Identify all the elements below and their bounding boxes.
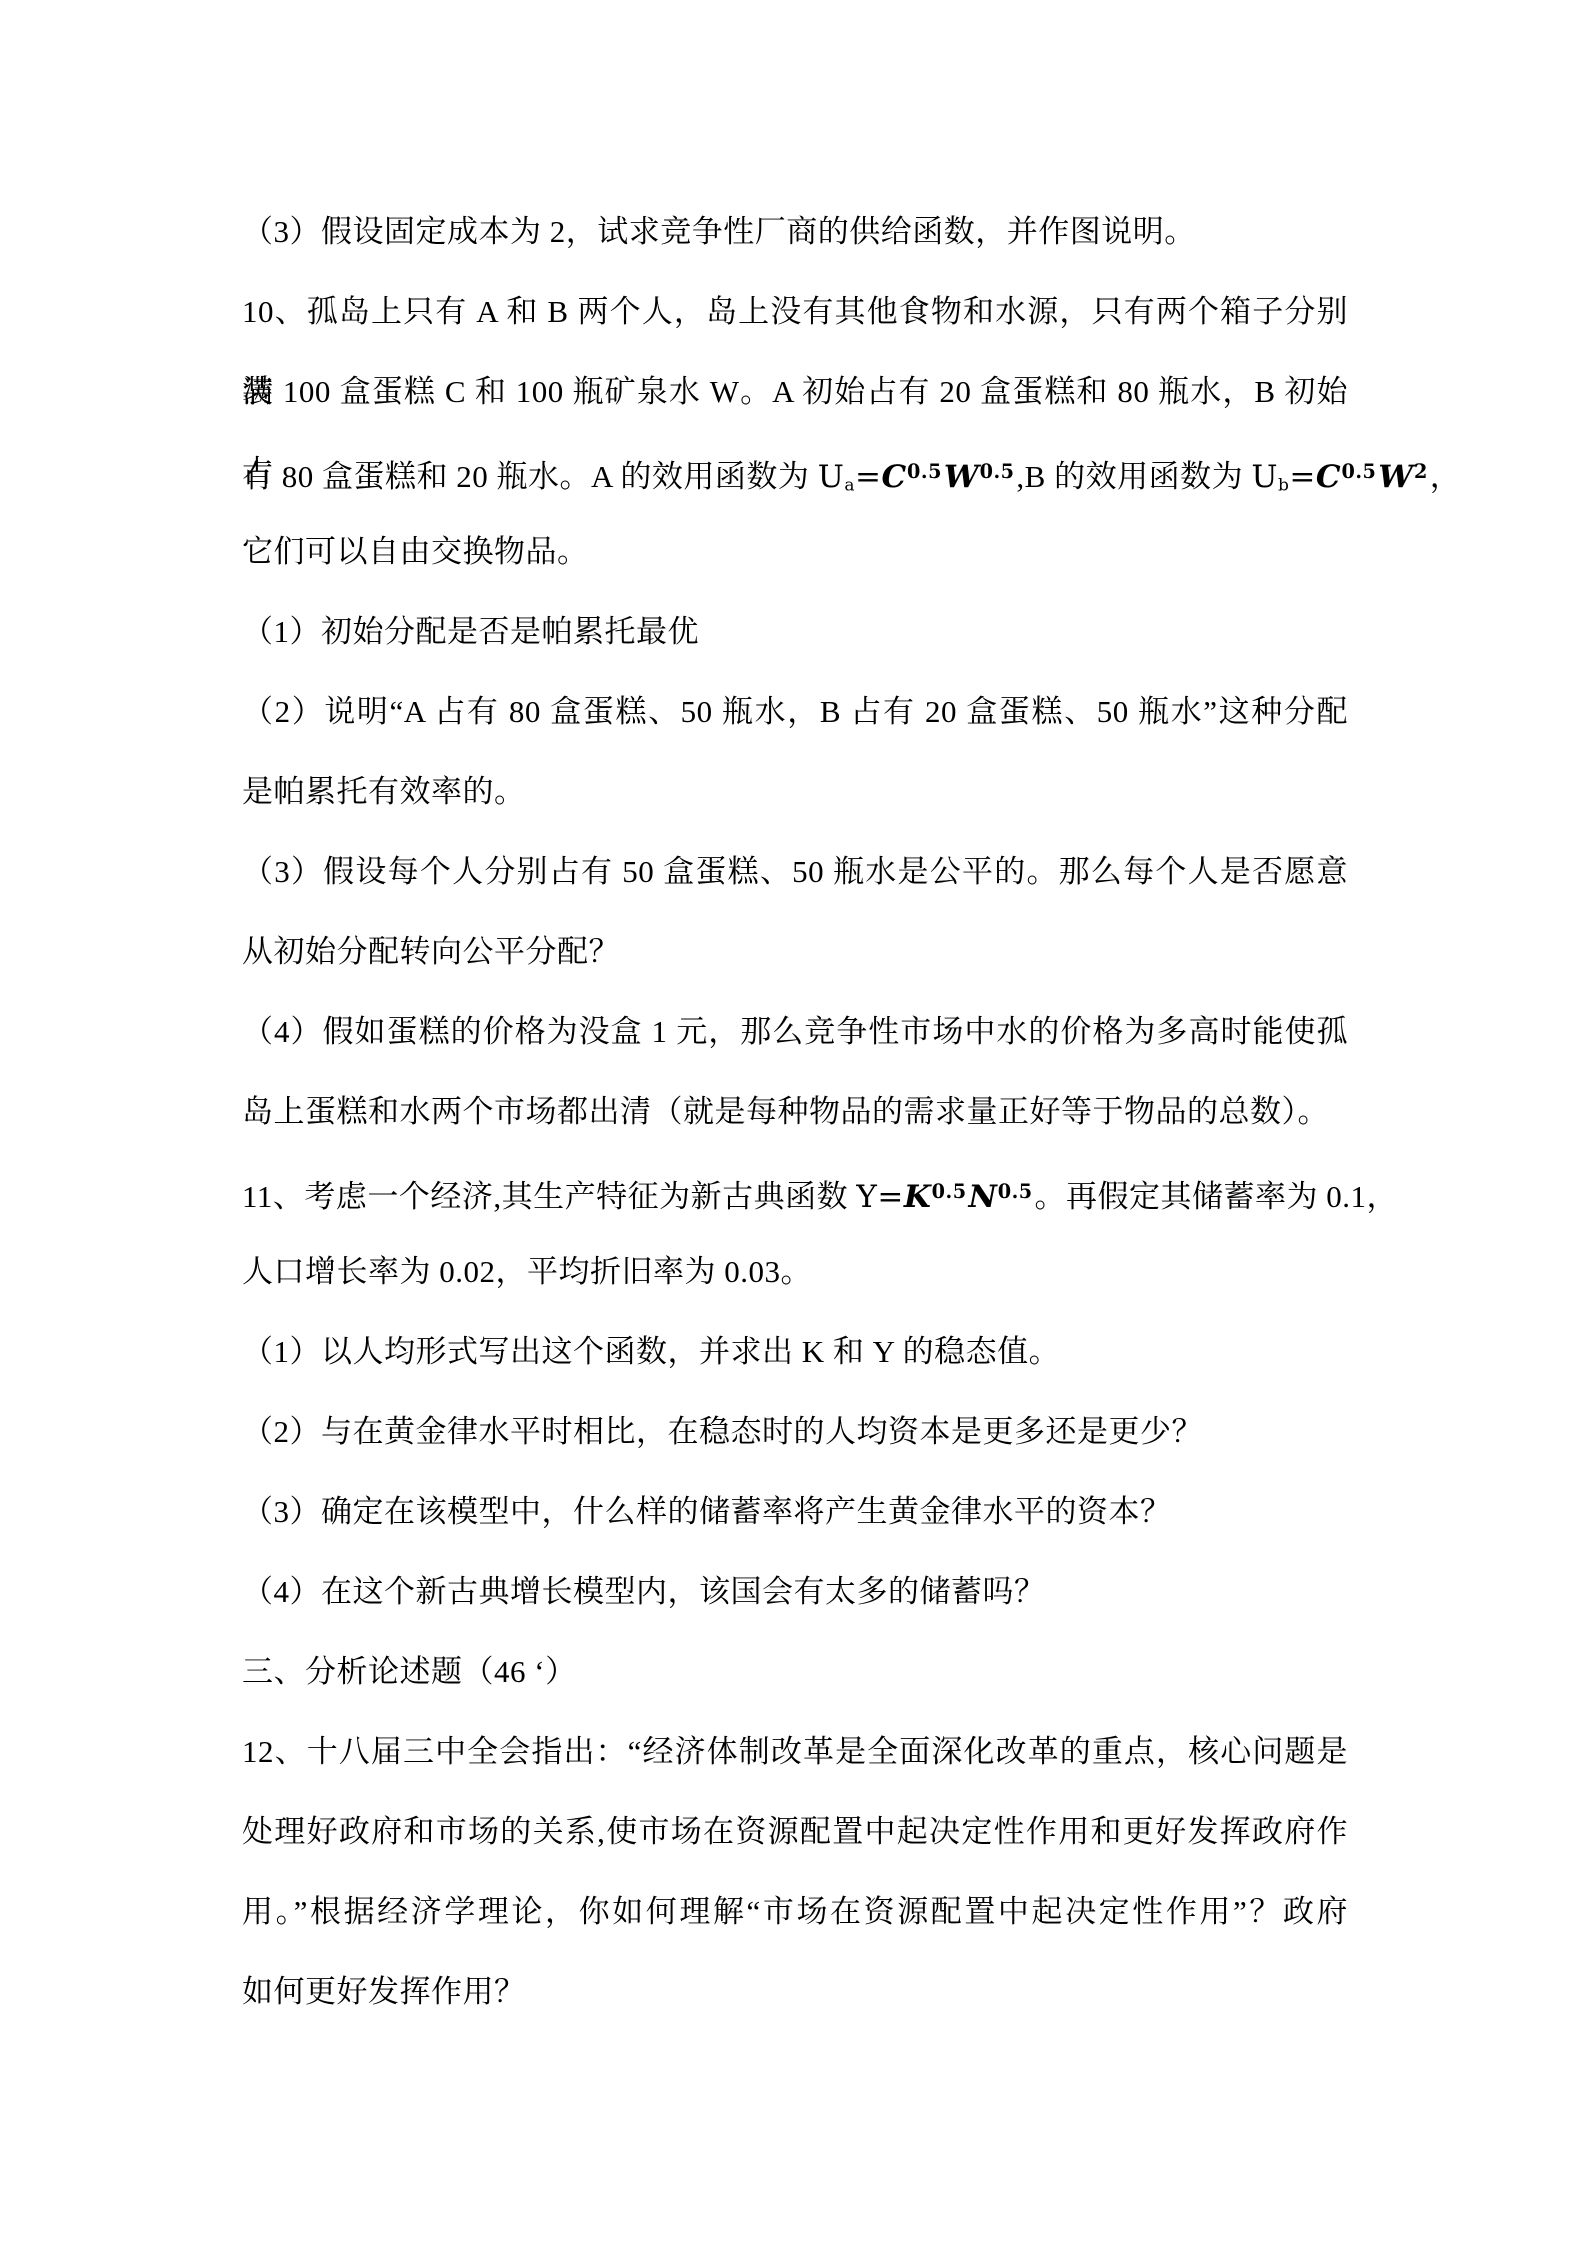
text-run: 用。”根据经济学理论，你如何理解“市场在资源配置中起决定性作用”？政府 [242, 1894, 1348, 1929]
q10-stem-line-3: 有 80 盒蛋糕和 20 瓶水。A 的效用函数为 Ua=C0.5W0.5,B 的… [242, 432, 1348, 512]
math-subscript: b [1278, 475, 1289, 495]
q10-sub4-line-2: 岛上蛋糕和水两个市场都出清（就是每种物品的需求量正好等于物品的总数）。 [242, 1072, 1348, 1152]
text-run: ,B 的效用函数为 [1016, 459, 1251, 494]
math-symbol: U [818, 459, 845, 495]
q11-stem-line-1: 11、考虑一个经济,其生产特征为新古典函数 Y=K0.5N0.5。再假定其储蓄率… [242, 1152, 1348, 1232]
q10-stem-line-2: 满 100 盒蛋糕 C 和 100 瓶矿泉水 W。A 初始占有 20 盒蛋糕和 … [242, 352, 1348, 432]
q11-sub1-line-1: （1）以人均形式写出这个函数，并求出 K 和 Y 的稳态值。 [242, 1312, 1348, 1392]
math-superscript: 0.5 [1341, 460, 1376, 483]
math-subscript: a [844, 475, 855, 495]
text-run: 人口增长率为 0.02，平均折旧率为 0.03。 [242, 1254, 812, 1289]
math-symbol: U [1251, 459, 1278, 495]
q12-stem-line-3: 用。”根据经济学理论，你如何理解“市场在资源配置中起决定性作用”？政府 [242, 1872, 1348, 1952]
text-run: 岛上蛋糕和水两个市场都出清（就是每种物品的需求量正好等于物品的总数）。 [242, 1094, 1329, 1129]
math-superscript: 0.5 [907, 460, 942, 483]
q12-stem-line-1: 12、十八届三中全会指出：“经济体制改革是全面深化改革的重点，核心问题是 [242, 1712, 1348, 1792]
math-symbol: = [877, 1179, 903, 1215]
math-symbol: W [944, 459, 979, 495]
text-run: 12、十八届三中全会指出：“经济体制改革是全面深化改革的重点，核心问题是 [242, 1734, 1348, 1769]
text-run: 。再假定其储蓄率为 0.1， [1035, 1179, 1399, 1214]
q10-stem-line-1: 10、孤岛上只有 A 和 B 两个人，岛上没有其他食物和水源，只有两个箱子分别装 [242, 272, 1348, 352]
math-symbol: N [968, 1179, 997, 1215]
text-run: （4）在这个新古典增长模型内，该国会有太多的储蓄吗？ [242, 1574, 1046, 1609]
math-superscript: 0.5 [932, 1180, 967, 1203]
math-superscript: 0.5 [998, 1180, 1033, 1203]
q10-stem-line-4: 它们可以自由交换物品。 [242, 512, 1348, 592]
text-run: 三、分析论述题（46 ‘） [242, 1654, 577, 1689]
text-run: （1）初始分配是否是帕累托最优 [242, 614, 699, 649]
q11-sub4-line-1: （4）在这个新古典增长模型内，该国会有太多的储蓄吗？ [242, 1552, 1348, 1632]
q10-sub2-line-1: （2）说明“A 占有 80 盒蛋糕、50 瓶水，B 占有 20 盒蛋糕、50 瓶… [242, 672, 1348, 752]
document-content: （3）假设固定成本为 2，试求竞争性厂商的供给函数，并作图说明。10、孤岛上只有… [242, 192, 1348, 2032]
q11-sub2-line-1: （2）与在黄金律水平时相比，在稳态时的人均资本是更多还是更少？ [242, 1392, 1348, 1472]
text-run: 有 80 盒蛋糕和 20 瓶水。A 的效用函数为 [242, 459, 818, 494]
q12-stem-line-2: 处理好政府和市场的关系,使市场在资源配置中起决定性作用和更好发挥政府作 [242, 1792, 1348, 1872]
text-run: 它们可以自由交换物品。 [242, 534, 589, 569]
text-run: （1）以人均形式写出这个函数，并求出 K 和 Y 的稳态值。 [242, 1334, 1060, 1369]
q10-sub3-line-2: 从初始分配转向公平分配？ [242, 912, 1348, 992]
math-superscript: 2 [1414, 460, 1428, 483]
section3-heading-line-1: 三、分析论述题（46 ‘） [242, 1632, 1348, 1712]
text-run: 处理好政府和市场的关系,使市场在资源配置中起决定性作用和更好发挥政府作 [242, 1814, 1348, 1849]
text-run: （3）确定在该模型中，什么样的储蓄率将产生黄金律水平的资本？ [242, 1494, 1172, 1529]
q12-stem-line-4: 如何更好发挥作用？ [242, 1952, 1348, 2032]
math-symbol: = [1289, 459, 1315, 495]
text-run: （2）与在黄金律水平时相比，在稳态时的人均资本是更多还是更少？ [242, 1414, 1203, 1449]
document-page: （3）假设固定成本为 2，试求竞争性厂商的供给函数，并作图说明。10、孤岛上只有… [0, 0, 1586, 2245]
q10-sub3-line-1: （3）假设每个人分别占有 50 盒蛋糕、50 瓶水是公平的。那么每个人是否愿意 [242, 832, 1348, 912]
math-symbol: C [881, 459, 906, 495]
math-symbol: = [855, 459, 881, 495]
q11-sub3-line-1: （3）确定在该模型中，什么样的储蓄率将产生黄金律水平的资本？ [242, 1472, 1348, 1552]
text-run: （2）说明“A 占有 80 盒蛋糕、50 瓶水，B 占有 20 盒蛋糕、50 瓶… [242, 694, 1348, 729]
math-symbol: K [904, 1179, 931, 1215]
text-run: （4）假如蛋糕的价格为没盒 1 元，那么竞争性市场中水的价格为多高时能使孤 [242, 1014, 1348, 1049]
text-run: 11、考虑一个经济,其生产特征为新古典函数 [242, 1179, 856, 1214]
math-symbol: C [1316, 459, 1341, 495]
math-superscript: 0.5 [980, 460, 1015, 483]
text-run: （3）假设固定成本为 2，试求竞争性厂商的供给函数，并作图说明。 [242, 214, 1196, 249]
q9-item3-line-1: （3）假设固定成本为 2，试求竞争性厂商的供给函数，并作图说明。 [242, 192, 1348, 272]
text-run: 如何更好发挥作用？ [242, 1974, 526, 2009]
math-symbol: W [1378, 459, 1413, 495]
q10-sub4-line-1: （4）假如蛋糕的价格为没盒 1 元，那么竞争性市场中水的价格为多高时能使孤 [242, 992, 1348, 1072]
q10-sub2-line-2: 是帕累托有效率的。 [242, 752, 1348, 832]
text-run: ， [1430, 459, 1462, 494]
text-run: 从初始分配转向公平分配？ [242, 934, 620, 969]
text-run: 是帕累托有效率的。 [242, 774, 526, 809]
q10-sub1-line-1: （1）初始分配是否是帕累托最优 [242, 592, 1348, 672]
math-symbol: Y [856, 1179, 877, 1215]
text-run: （3）假设每个人分别占有 50 盒蛋糕、50 瓶水是公平的。那么每个人是否愿意 [242, 854, 1348, 889]
q11-stem-line-2: 人口增长率为 0.02，平均折旧率为 0.03。 [242, 1232, 1348, 1312]
